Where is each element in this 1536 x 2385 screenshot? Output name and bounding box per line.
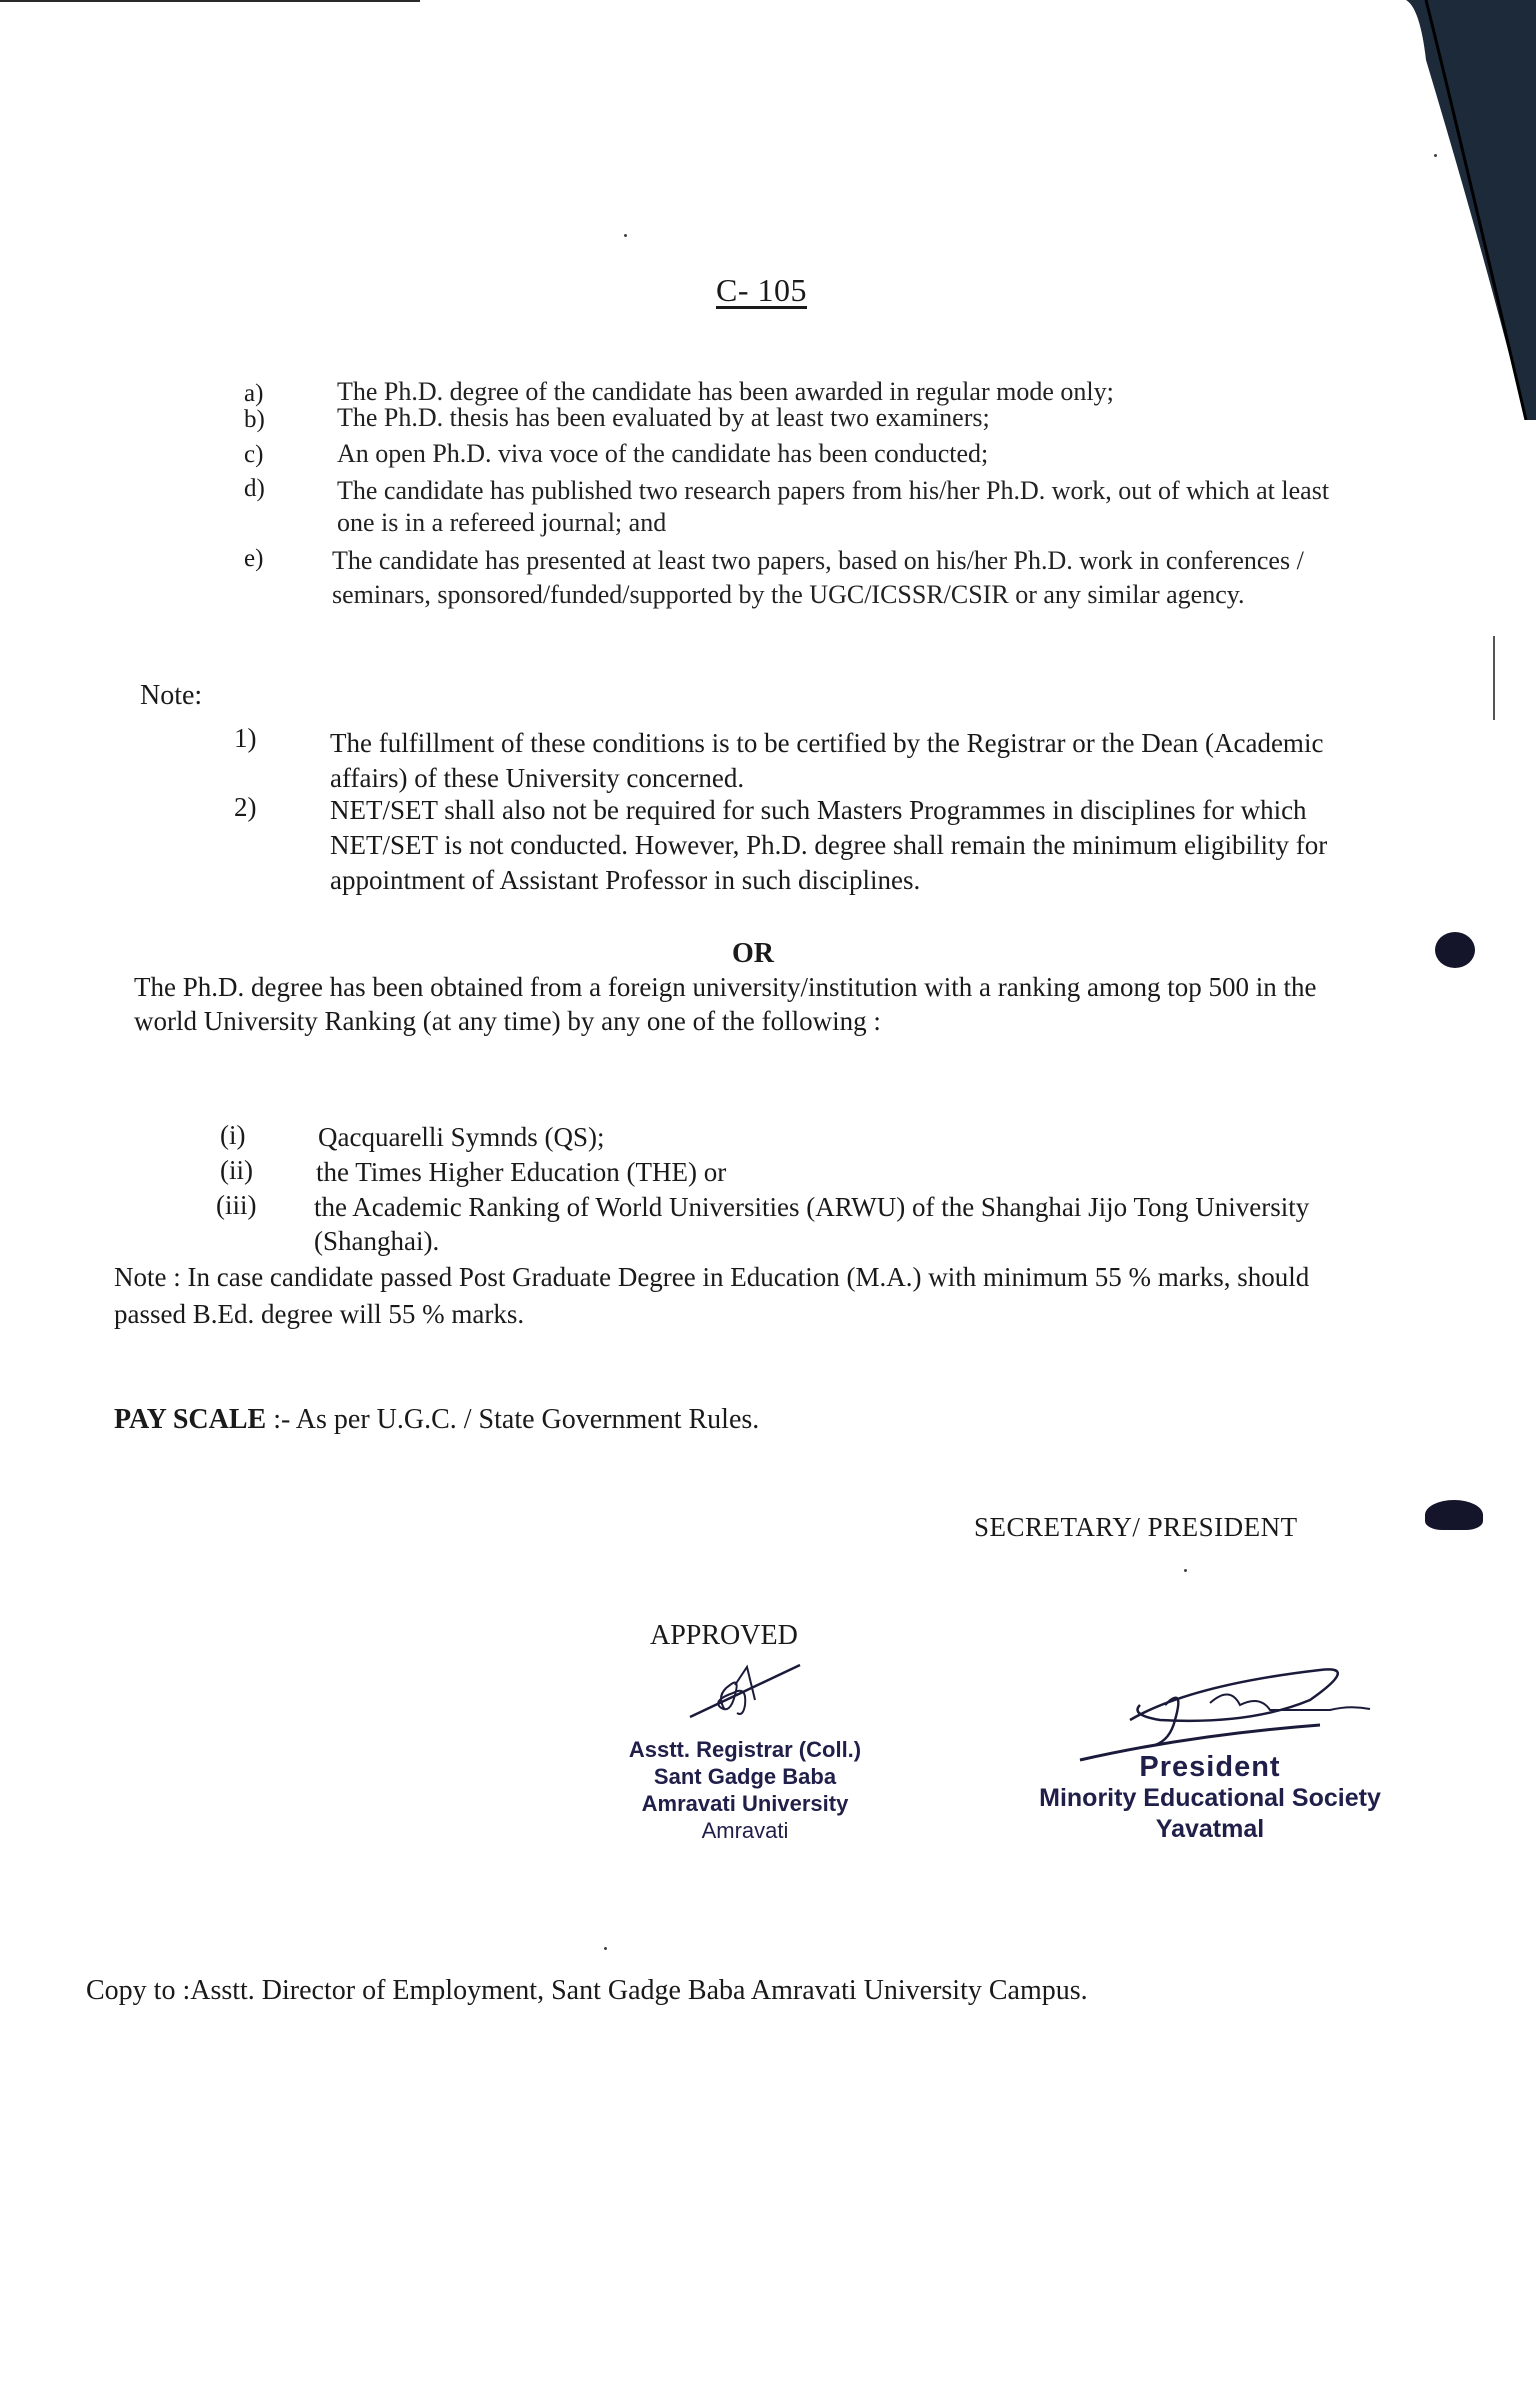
- scan-artifact-line: [1493, 636, 1495, 720]
- ranking-label: (i): [220, 1120, 245, 1151]
- condition-text: The candidate has published two research…: [337, 475, 1367, 539]
- ranking-text: Qacquarelli Symnds (QS);: [318, 1120, 604, 1154]
- note-label: 1): [234, 723, 257, 754]
- scan-speck: [624, 234, 627, 237]
- condition-label: d): [244, 475, 265, 503]
- punch-hole-mark: [1425, 1500, 1483, 1530]
- education-note: Note : In case candidate passed Post Gra…: [114, 1259, 1384, 1333]
- stamp-line: Sant Gadge Baba: [600, 1763, 890, 1790]
- condition-text: The Ph.D. degree of the candidate has be…: [337, 378, 1377, 405]
- scan-top-edge: [0, 0, 420, 6]
- approved-label: APPROVED: [650, 1620, 798, 1652]
- ranking-text: the Times Higher Education (THE) or: [316, 1155, 726, 1189]
- note-text: NET/SET shall also not be required for s…: [330, 793, 1380, 898]
- stamp-line: Amravati University: [600, 1790, 890, 1817]
- scan-speck: [604, 1947, 607, 1950]
- scan-speck: [1184, 1569, 1187, 1572]
- condition-label: b): [244, 406, 265, 434]
- condition-label: a): [244, 380, 263, 408]
- document-code-title: C- 105: [716, 272, 807, 309]
- ranking-label: (iii): [216, 1190, 257, 1221]
- society-stamp: President Minority Educational Society Y…: [1000, 1752, 1420, 1845]
- punch-hole-mark: [1435, 932, 1475, 968]
- scan-speck: [1434, 154, 1437, 157]
- scan-dark-edge: [1396, 0, 1536, 420]
- condition-text: An open Ph.D. viva voce of the candidate…: [337, 440, 1377, 467]
- condition-label: c): [244, 441, 263, 469]
- signatory-title: SECRETARY/ PRESIDENT: [974, 1512, 1298, 1543]
- copy-to: Copy to :Asstt. Director of Employment, …: [86, 1975, 1088, 2007]
- condition-text: The Ph.D. thesis has been evaluated by a…: [337, 404, 1377, 431]
- or-separator: OR: [732, 938, 774, 970]
- stamp-line: President: [1000, 1752, 1420, 1783]
- note-heading: Note:: [140, 680, 202, 712]
- condition-label: e): [244, 545, 263, 573]
- scanned-document-page: C- 105 a) The Ph.D. degree of the candid…: [0, 0, 1536, 2385]
- president-signature-icon: [1070, 1665, 1390, 1765]
- ranking-text: the Academic Ranking of World Universiti…: [314, 1190, 1374, 1258]
- pay-scale-label: PAY SCALE: [114, 1404, 266, 1435]
- pay-scale-text: :- As per U.G.C. / State Government Rule…: [273, 1404, 759, 1435]
- university-stamp: Asstt. Registrar (Coll.) Sant Gadge Baba…: [600, 1736, 890, 1844]
- pay-scale: PAY SCALE :- As per U.G.C. / State Gover…: [114, 1404, 759, 1436]
- stamp-line: Minority Educational Society: [1000, 1783, 1420, 1814]
- stamp-line: Asstt. Registrar (Coll.): [600, 1736, 890, 1763]
- ranking-label: (ii): [220, 1155, 253, 1186]
- condition-text: The candidate has presented at least two…: [332, 544, 1372, 612]
- foreign-university-paragraph: The Ph.D. degree has been obtained from …: [134, 970, 1374, 1038]
- registrar-signature-icon: [685, 1655, 805, 1725]
- stamp-line: Amravati: [600, 1817, 890, 1844]
- note-text: The fulfillment of these conditions is t…: [330, 726, 1370, 796]
- note-label: 2): [234, 792, 257, 823]
- stamp-line: Yavatmal: [1000, 1814, 1420, 1845]
